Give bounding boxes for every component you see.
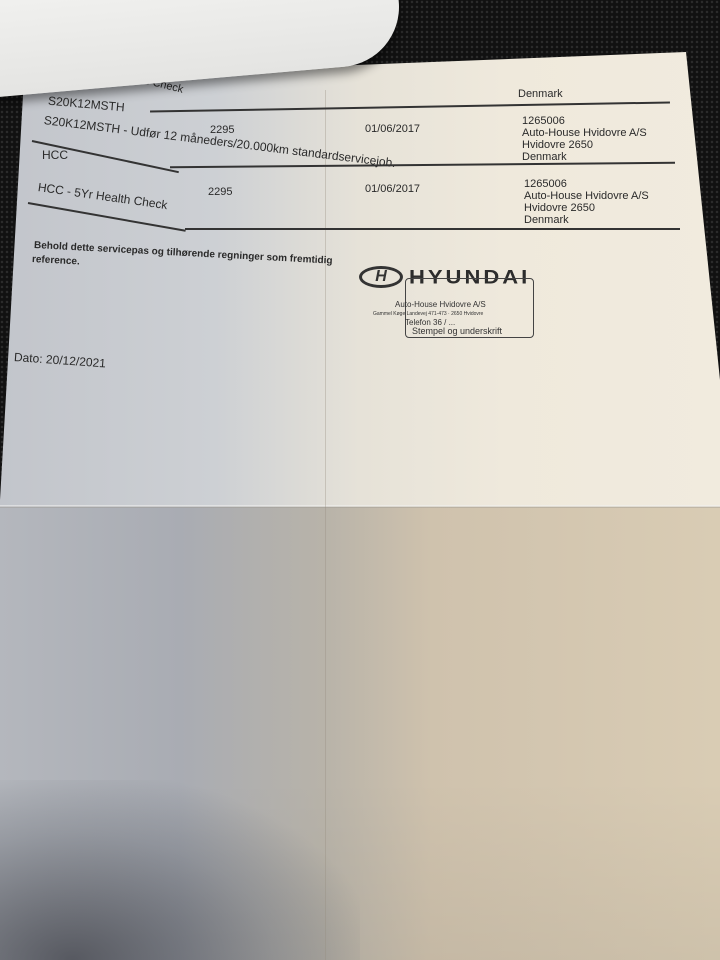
row1-code: S20K12MSTH: [48, 94, 126, 115]
row2-mileage: 2295: [208, 186, 232, 198]
document-date: Dato: 20/12/2021: [14, 350, 107, 370]
stamp-dealer: Auto-House Hvidovre A/S: [395, 300, 486, 309]
service-record: Health Check Denmark S20K12MSTH S20K12MS…: [0, 0, 720, 960]
row2-dealer-city: Hvidovre 2650: [524, 202, 595, 214]
row2-date: 01/06/2017: [365, 183, 420, 195]
row1-description: S20K12MSTH - Udfør 12 måneders/20.000km …: [43, 113, 396, 170]
row1-dealer-name: Auto-House Hvidovre A/S: [522, 127, 647, 139]
dealer-stamp: H HYUNDAI Auto-House Hvidovre A/S Gammel…: [355, 262, 545, 342]
row-divider: [150, 101, 670, 112]
row-divider: [170, 162, 675, 168]
row2-code: HCC: [42, 148, 68, 162]
row2-dealer-id: 1265006: [524, 178, 567, 190]
row2-dealer-name: Auto-House Hvidovre A/S: [524, 190, 649, 202]
stamp-address: Gammel Køge Landevej 471-473 · 2650 Hvid…: [373, 311, 483, 317]
row1-mileage: 2295: [210, 124, 234, 136]
header-country: Denmark: [518, 88, 563, 100]
signature-label: Stempel og underskrift: [412, 326, 502, 336]
hyundai-logo-icon: H: [359, 266, 403, 288]
row1-dealer-city: Hvidovre 2650: [522, 139, 593, 151]
row1-dealer-country: Denmark: [522, 151, 567, 163]
notice-line-2: reference.: [32, 254, 80, 267]
row1-date: 01/06/2017: [365, 123, 420, 135]
row1-dealer-id: 1265006: [522, 115, 565, 127]
row2-dealer-country: Denmark: [524, 214, 569, 226]
row-divider: [185, 228, 680, 230]
